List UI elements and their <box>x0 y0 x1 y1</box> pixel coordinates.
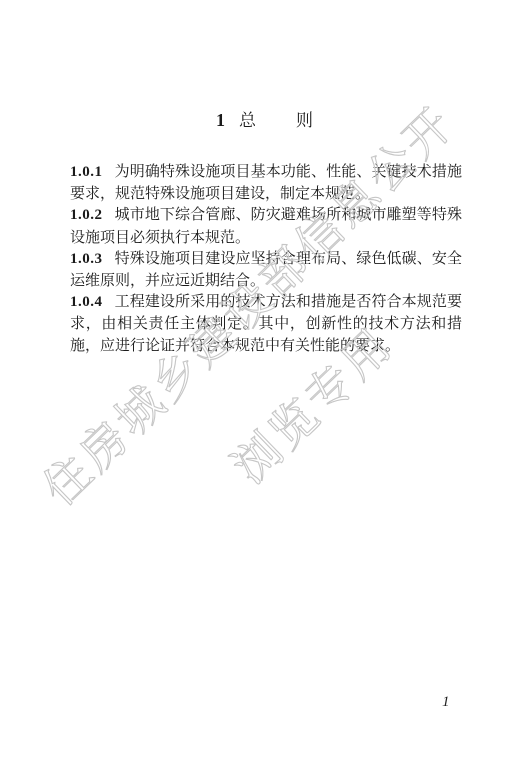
clause-text: 为明确特殊设施项目基本功能、性能、关键技术措施要求，规范特殊设施项目建设，制定本… <box>70 162 462 202</box>
clause-1-0-1: 1.0.1为明确特殊设施项目基本功能、性能、关键技术措施要求，规范特殊设施项目建… <box>70 161 462 204</box>
clause-1-0-4: 1.0.4工程建设所采用的技术方法和措施是否符合本规范要求，由相关责任主体判定。… <box>70 291 462 356</box>
clause-number: 1.0.3 <box>70 251 103 267</box>
document-page: 1总则 1.0.1为明确特殊设施项目基本功能、性能、关键技术措施要求，规范特殊设… <box>0 0 529 767</box>
clause-text: 特殊设施项目建设应坚持合理布局、绿色低碳、安全运维原则，并应远近期结合。 <box>70 249 462 289</box>
clause-number: 1.0.4 <box>70 294 103 310</box>
chapter-title-char-2: 则 <box>296 111 313 131</box>
chapter-number: 1 <box>216 110 225 130</box>
clause-1-0-3: 1.0.3特殊设施项目建设应坚持合理布局、绿色低碳、安全运维原则，并应远近期结合… <box>70 248 462 291</box>
chapter-body: 1.0.1为明确特殊设施项目基本功能、性能、关键技术措施要求，规范特殊设施项目建… <box>70 161 462 356</box>
chapter-title-char-1: 总 <box>239 111 256 131</box>
chapter-title: 1总则 <box>0 108 529 133</box>
clause-number: 1.0.1 <box>70 164 103 180</box>
clause-number: 1.0.2 <box>70 207 103 223</box>
clause-1-0-2: 1.0.2城市地下综合管廊、防灾避难场所和城市雕塑等特殊设施项目必须执行本规范。 <box>70 204 462 247</box>
clause-text: 城市地下综合管廊、防灾避难场所和城市雕塑等特殊设施项目必须执行本规范。 <box>70 205 462 245</box>
clause-text: 工程建设所采用的技术方法和措施是否符合本规范要求，由相关责任主体判定。其中，创新… <box>70 292 462 353</box>
page-number: 1 <box>442 694 450 711</box>
